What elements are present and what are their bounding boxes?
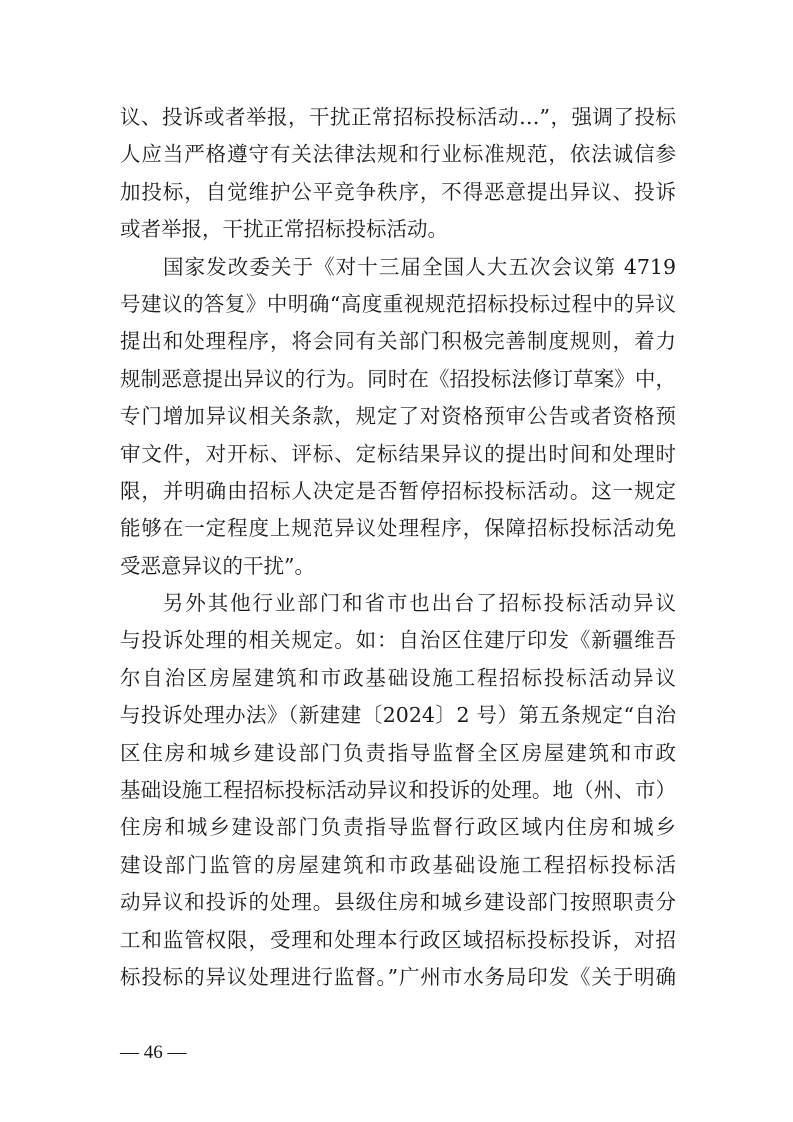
text-line: 专门增加异议相关条款，规定了对资格预审公告或者资格预 [120, 398, 676, 435]
text-line: 能够在一定程度上规范异议处理程序，保障招标投标活动免 [120, 510, 676, 547]
document-page: 议、投诉或者举报，干扰正常招标投标活动…”，强调了投标 人应当严格遵守有关法律法… [0, 0, 793, 1122]
paragraph-first-line: 另外其他行业部门和省市也出台了招标投标活动异议 [120, 585, 676, 622]
text-line: 或者举报，干扰正常招标投标活动。 [120, 211, 676, 248]
body-text: 议、投诉或者举报，干扰正常招标投标活动…”，强调了投标 人应当严格遵守有关法律法… [120, 99, 676, 996]
text-line: 与投诉处理办法》（新建建〔2024〕2 号）第五条规定“自治 [120, 697, 676, 734]
text-line: 建设部门监管的房屋建筑和市政基础设施工程招标投标活 [120, 847, 676, 884]
text-line: 基础设施工程招标投标活动异议和投诉的处理。地（州、市） [120, 772, 676, 809]
text-line: 规制恶意提出异议的行为。同时在《招投标法修订草案》中， [120, 361, 676, 398]
text-line: 议、投诉或者举报，干扰正常招标投标活动…”，强调了投标 [120, 99, 676, 136]
text-line: 提出和处理程序，将会同有关部门积极完善制度规则，着力 [120, 323, 676, 360]
text-line: 区住房和城乡建设部门负责指导监督全区房屋建筑和市政 [120, 735, 676, 772]
text-line: 住房和城乡建设部门负责指导监督行政区域内住房和城乡 [120, 809, 676, 846]
text-line: 人应当严格遵守有关法律法规和行业标准规范，依法诚信参 [120, 136, 676, 173]
text-line: 尔自治区房屋建筑和市政基础设施工程招标投标活动异议 [120, 660, 676, 697]
text-line: 标投标的异议处理进行监督。”广州市水务局印发《关于明确 [120, 959, 676, 996]
text-line: 动异议和投诉的处理。县级住房和城乡建设部门按照职责分 [120, 884, 676, 921]
text-line: 号建议的答复》中明确“高度重视规范招标投标过程中的异议 [120, 286, 676, 323]
text-line: 加投标，自觉维护公平竞争秩序，不得恶意提出异议、投诉 [120, 174, 676, 211]
text-line: 工和监管权限，受理和处理本行政区域招标投标投诉，对招 [120, 922, 676, 959]
text-line: 受恶意异议的干扰”。 [120, 548, 676, 585]
text-line: 审文件，对开标、评标、定标结果异议的提出时间和处理时 [120, 436, 676, 473]
paragraph-first-line: 国家发改委关于《对十三届全国人大五次会议第 4719 [120, 249, 676, 286]
page-number: — 46 — [120, 1040, 187, 1066]
text-line: 与投诉处理的相关规定。如：自治区住建厅印发《新疆维吾 [120, 622, 676, 659]
text-line: 限，并明确由招标人决定是否暂停招标投标活动。这一规定 [120, 473, 676, 510]
